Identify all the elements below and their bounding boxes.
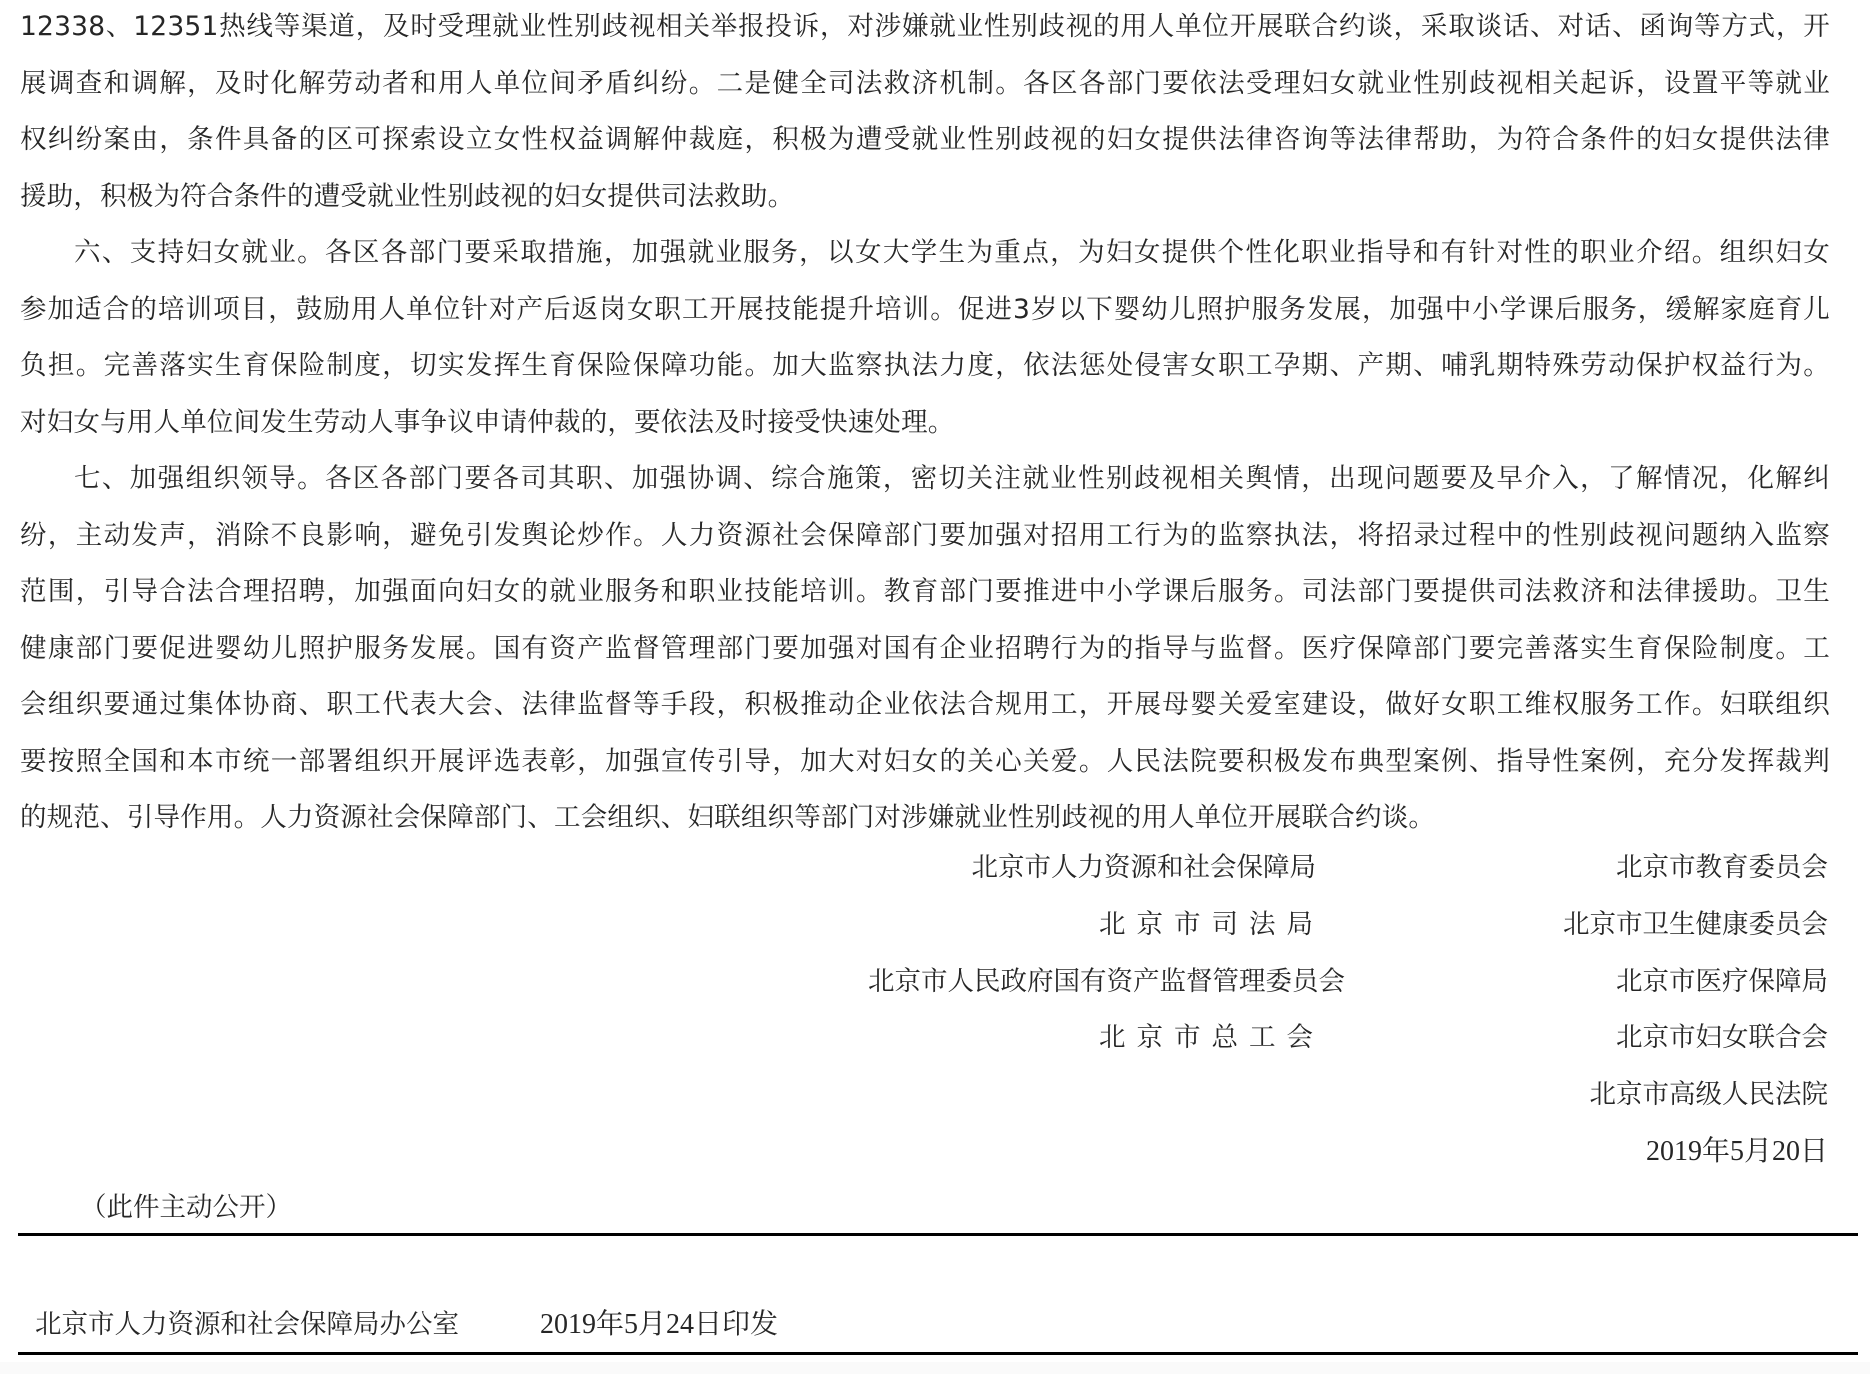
signatory-justice-bureau: 北京市司法局 xyxy=(1099,909,1324,941)
body-line: 健康部门要促进婴幼儿照护服务发展。国有资产监督管理部门要加强对国有企业招聘行为的… xyxy=(20,633,1830,665)
body-line: 展调查和调解，及时化解劳动者和用人单位间矛盾纠纷。二是健全司法救济机制。各区各部… xyxy=(20,68,1830,100)
body-line: 权纠纷案由，条件具备的区可探索设立女性权益调解仲裁庭，积极为遭受就业性别歧视的妇… xyxy=(20,124,1830,156)
page-bottom-margin xyxy=(0,1362,1870,1374)
footer-issuer: 北京市人力资源和社会保障局办公室 xyxy=(35,1309,459,1341)
body-line: 负担。完善落实生育保险制度，切实发挥生育保险保障功能。加大监察执法力度，依法惩处… xyxy=(20,350,1830,382)
signatory-healthcare-security-bureau: 北京市医疗保障局 xyxy=(1616,966,1828,998)
body-line: 会组织要通过集体协商、职工代表大会、法律监督等手段，积极推动企业依法合规用工，开… xyxy=(20,689,1830,721)
signatory-womens-federation: 北京市妇女联合会 xyxy=(1616,1022,1828,1054)
body-line: 六、支持妇女就业。各区各部门要采取措施，加强就业服务，以女大学生为重点，为妇女提… xyxy=(74,237,1830,269)
sign-date: 2019年5月20日 xyxy=(1646,1136,1828,1168)
disclosure-note: （此件主动公开） xyxy=(80,1192,292,1224)
signatory-hrss-bureau: 北京市人力资源和社会保障局 xyxy=(972,852,1317,884)
body-line: 对妇女与用人单位间发生劳动人事争议申请仲裁的，要依法及时接受快速处理。 xyxy=(20,407,1830,439)
body-line: 援助，积极为符合条件的遭受就业性别歧视的妇女提供司法救助。 xyxy=(20,181,1830,213)
footer-print-date-text: 2019年5月24日印发 xyxy=(540,1309,778,1341)
body-line: 的规范、引导作用。人力资源社会保障部门、工会组织、妇联组织等部门对涉嫌就业性别歧… xyxy=(20,802,1830,834)
body-line: 七、加强组织领导。各区各部门要各司其职、加强协调、综合施策，密切关注就业性别歧视… xyxy=(74,463,1830,495)
signatory-health-commission: 北京市卫生健康委员会 xyxy=(1563,909,1828,941)
divider-top xyxy=(18,1233,1858,1236)
signatory-high-court: 北京市高级人民法院 xyxy=(1590,1079,1829,1111)
body-line: 参加适合的培训项目，鼓励用人单位针对产后返岗女职工开展技能提升培训。促进3岁以下… xyxy=(20,294,1830,326)
divider-bottom xyxy=(18,1352,1858,1355)
body-line: 12338、12351热线等渠道，及时受理就业性别歧视相关举报投诉，对涉嫌就业性… xyxy=(20,11,1830,43)
body-line: 范围，引导合法合理招聘，加强面向妇女的就业服务和职业技能培训。教育部门要推进中小… xyxy=(20,576,1830,608)
body-line: 纷，主动发声，消除不良影响，避免引发舆论炒作。人力资源社会保障部门要加强对招用工… xyxy=(20,520,1830,552)
body-line: 要按照全国和本市统一部署组织开展评选表彰，加强宣传引导，加大对妇女的关心关爱。人… xyxy=(20,746,1830,778)
signatory-education-commission: 北京市教育委员会 xyxy=(1616,852,1828,884)
signatory-federation-of-trade-unions: 北京市总工会 xyxy=(1099,1022,1324,1054)
signatory-sasac: 北京市人民政府国有资产监督管理委员会 xyxy=(868,966,1345,998)
